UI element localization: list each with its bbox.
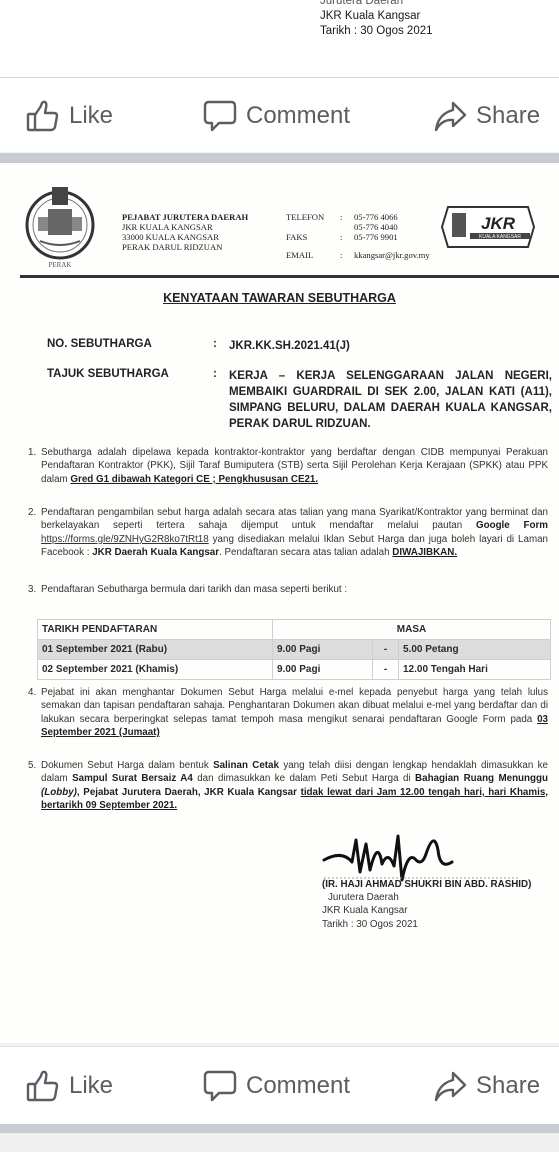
comment-button[interactable]: Comment bbox=[203, 1069, 350, 1103]
comment-label: Comment bbox=[246, 1072, 350, 1100]
post-action-bar: Like Comment Share bbox=[0, 78, 559, 154]
letterhead-rule bbox=[20, 275, 559, 278]
share-label: Share bbox=[476, 1072, 540, 1100]
office-address: PEJABAT JURUTERA DAERAH JKR KUALA KANGSA… bbox=[122, 212, 248, 252]
quotation-title-row: TAJUK SEBUTHARGA : KERJA – KERJA SELENGG… bbox=[47, 368, 552, 432]
post-image-document[interactable]: PERAK PEJABAT JURUTERA DAERAH JKR KUALA … bbox=[0, 163, 559, 1043]
paragraph-5: 5. Dokumen Sebut Harga dalam bentuk Sali… bbox=[28, 759, 548, 813]
email: kkangsar@jkr.gov.my bbox=[354, 250, 430, 260]
signatory-name: (IR. HAJI AHMAD SHUKRI BIN ABD. RASHID) bbox=[322, 878, 531, 891]
post-action-bar: Like Comment Share bbox=[0, 1048, 559, 1124]
table-row: 01 September 2021 (Rabu) 9.00 Pagi - 5.0… bbox=[38, 640, 551, 660]
svg-text:PERAK: PERAK bbox=[49, 261, 72, 269]
like-button[interactable]: Like bbox=[26, 99, 113, 133]
like-label: Like bbox=[69, 1072, 113, 1100]
registration-schedule-table: TARIKH PENDAFTARAN MASA 01 September 202… bbox=[37, 619, 551, 680]
svg-text:JKR: JKR bbox=[481, 214, 516, 233]
share-button[interactable]: Share bbox=[433, 1069, 540, 1103]
feed-background bbox=[0, 1133, 559, 1152]
comment-label: Comment bbox=[246, 102, 350, 130]
signatory-title: Jurutera Daerah bbox=[322, 891, 531, 904]
jkr-logo-icon: JKR KUALA KANGSAR bbox=[440, 203, 536, 251]
paragraph-3: 3. Pendaftaran Sebutharga bermula dari t… bbox=[28, 583, 548, 596]
table-row: 02 September 2021 (Khamis) 9.00 Pagi - 1… bbox=[38, 660, 551, 680]
office-contacts: TELEFON:05-776 4066 05-776 4040 FAKS:05-… bbox=[286, 212, 430, 260]
previous-post: Jurutera Daerah JKR Kuala Kangsar Tarikh… bbox=[0, 0, 559, 152]
comment-button[interactable]: Comment bbox=[203, 99, 350, 133]
like-button[interactable]: Like bbox=[26, 1069, 113, 1103]
thumbs-up-icon bbox=[26, 99, 60, 133]
paragraph-2: 2. Pendaftaran pengambilan sebut harga a… bbox=[28, 506, 548, 560]
signature-date: Tarikh : 30 Ogos 2021 bbox=[320, 24, 433, 39]
svg-text:KUALA KANGSAR: KUALA KANGSAR bbox=[479, 234, 521, 240]
signoff-date: Tarikh : 30 Ogos 2021 bbox=[322, 918, 531, 931]
signoff-block: (IR. HAJI AHMAD SHUKRI BIN ABD. RASHID) … bbox=[322, 878, 531, 931]
phone-1: 05-776 4066 bbox=[354, 212, 398, 222]
perak-crest-icon: PERAK bbox=[20, 185, 100, 271]
share-arrow-icon bbox=[433, 99, 467, 133]
google-form-link[interactable]: https://forms.gle/9ZNHyG2R8ko7tRt18 bbox=[41, 534, 209, 545]
table-header-row: TARIKH PENDAFTARAN MASA bbox=[38, 620, 551, 640]
document-title: KENYATAAN TAWARAN SEBUTHARGA bbox=[0, 291, 559, 305]
like-label: Like bbox=[69, 102, 113, 130]
quotation-number-row: NO. SEBUTHARGA : JKR.KK.SH.2021.41(J) bbox=[47, 338, 552, 354]
signature-office: JKR Kuala Kangsar bbox=[320, 9, 433, 24]
quotation-number: JKR.KK.SH.2021.41(J) bbox=[229, 338, 552, 354]
signature-title: Jurutera Daerah bbox=[320, 0, 433, 9]
previous-post-signature: Jurutera Daerah JKR Kuala Kangsar Tarikh… bbox=[320, 0, 433, 39]
fax: 05-776 9901 bbox=[354, 232, 398, 242]
paragraph-1: 1. Sebutharga adalah dipelawa kepada kon… bbox=[28, 446, 548, 486]
paragraph-4: 4. Pejabat ini akan menghantar Dokumen S… bbox=[28, 686, 548, 740]
phone-2: 05-776 4040 bbox=[354, 222, 398, 232]
letterhead: PERAK PEJABAT JURUTERA DAERAH JKR KUALA … bbox=[0, 163, 559, 275]
comment-bubble-icon bbox=[203, 1069, 237, 1103]
signatory-office: JKR Kuala Kangsar bbox=[322, 904, 531, 917]
share-arrow-icon bbox=[433, 1069, 467, 1103]
share-label: Share bbox=[476, 102, 540, 130]
quotation-title: KERJA – KERJA SELENGGARAAN JALAN NEGERI,… bbox=[229, 368, 552, 432]
feed-separator bbox=[0, 153, 559, 163]
thumbs-up-icon bbox=[26, 1069, 60, 1103]
comment-bubble-icon bbox=[203, 99, 237, 133]
share-button[interactable]: Share bbox=[433, 99, 540, 133]
